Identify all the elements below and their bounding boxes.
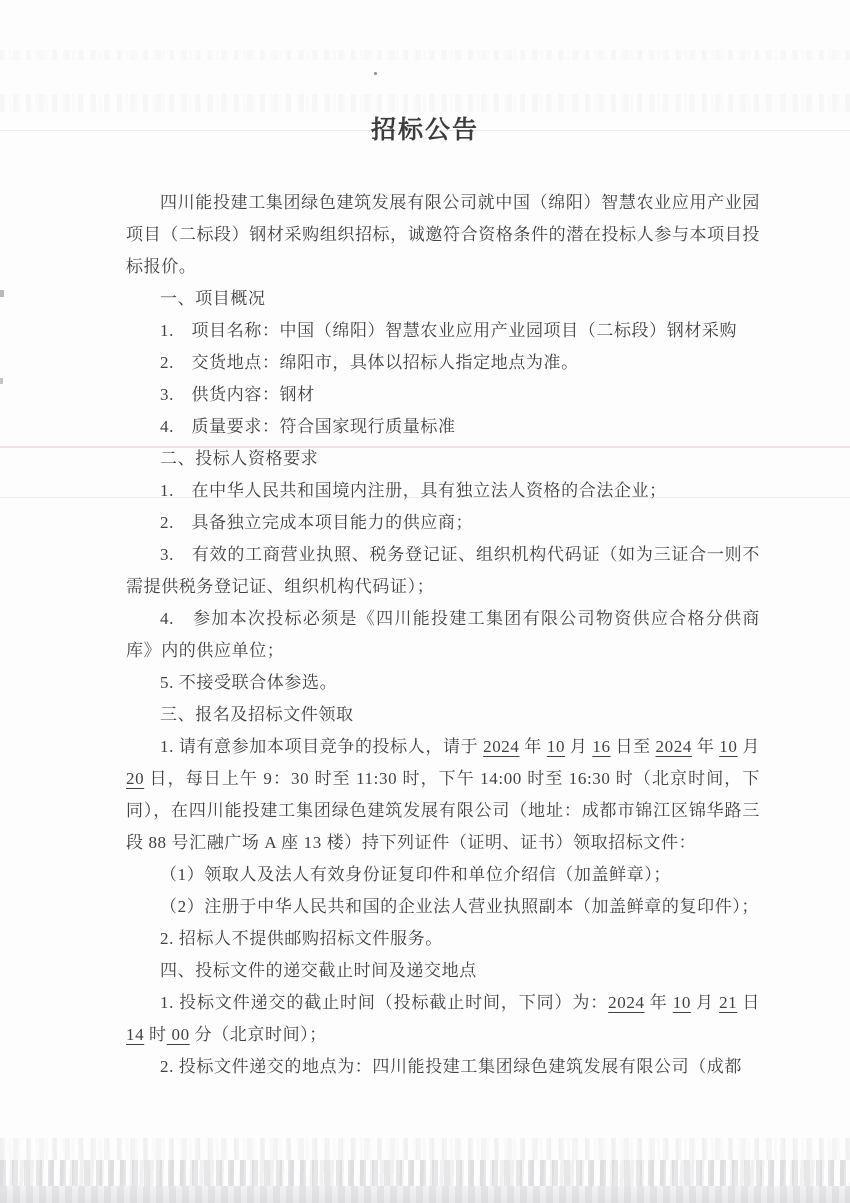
text-segment: 2. 具备独立完成本项目能力的供应商； xyxy=(160,513,473,532)
underlined-value: 2024 xyxy=(656,737,692,756)
text-segment: 日至 xyxy=(611,737,656,756)
text-segment: 时 xyxy=(144,1025,166,1044)
text-segment: 四川能投建工集团绿色建筑发展有限公司就中国（绵阳）智慧农业应用产业园项目（二标段… xyxy=(126,193,760,276)
text-segment: 1. 投标文件递交的截止时间（投标截止时间，下同）为： xyxy=(160,993,608,1012)
paragraph: 3. 有效的工商营业执照、税务登记证、组织机构代码证（如为三证合一则不需提供税务… xyxy=(126,539,760,603)
underlined-value: 10 xyxy=(673,993,691,1012)
text-segment: 3. 有效的工商营业执照、税务登记证、组织机构代码证（如为三证合一则不需提供税务… xyxy=(126,545,760,596)
scan-noise-band-bottom-1 xyxy=(0,1138,850,1160)
text-segment: 年 xyxy=(692,737,719,756)
text-segment: 日，每日上午 9：30 时至 11:30 时，下午 14:00 时至 16:30… xyxy=(126,769,760,852)
document-title: 招标公告 xyxy=(0,110,850,146)
scan-noise-band-bottom-2 xyxy=(0,1160,850,1186)
paragraph: 四川能投建工集团绿色建筑发展有限公司就中国（绵阳）智慧农业应用产业园项目（二标段… xyxy=(126,187,760,283)
paragraph: 3. 供货内容：钢材 xyxy=(126,379,760,411)
underlined-value: 00 xyxy=(167,1025,190,1044)
text-segment: （1）领取人及法人有效身份证复印件和单位介绍信（加盖鲜章）； xyxy=(160,865,671,884)
paragraph: 4. 参加本次投标必须是《四川能投建工集团有限公司物资供应合格分供商库》内的供应… xyxy=(126,603,760,667)
document-body: 四川能投建工集团绿色建筑发展有限公司就中国（绵阳）智慧农业应用产业园项目（二标段… xyxy=(126,187,760,1083)
text-segment: 5. 不接受联合体参选。 xyxy=(160,673,337,692)
scan-edge-speck-2 xyxy=(0,378,3,384)
text-segment: 3. 供货内容：钢材 xyxy=(160,385,315,404)
text-segment: 月 xyxy=(691,993,719,1012)
text-segment: 4. 质量要求：符合国家现行质量标准 xyxy=(160,417,456,436)
text-segment: 二、投标人资格要求 xyxy=(160,449,318,468)
scan-speck-dot xyxy=(374,72,377,75)
underlined-value: 2024 xyxy=(483,737,519,756)
text-segment: 一、项目概况 xyxy=(160,289,266,308)
text-segment: 2. 招标人不提供邮购招标文件服务。 xyxy=(160,929,443,948)
scan-edge-speck-1 xyxy=(0,290,4,297)
underlined-value: 10 xyxy=(547,737,565,756)
paragraph: 1. 请有意参加本项目竞争的投标人，请于 2024 年 10 月 16 日至 2… xyxy=(126,731,760,859)
underlined-value: 16 xyxy=(592,737,610,756)
text-segment: 1. 请有意参加本项目竞争的投标人，请于 xyxy=(160,737,483,756)
underlined-value: 2024 xyxy=(608,993,644,1012)
paragraph: 2. 具备独立完成本项目能力的供应商； xyxy=(126,507,760,539)
paragraph: 4. 质量要求：符合国家现行质量标准 xyxy=(126,411,760,443)
paragraph: 1. 在中华人民共和国境内注册，具有独立法人资格的合法企业； xyxy=(126,475,760,507)
text-segment: 分（北京时间）； xyxy=(190,1025,327,1044)
underlined-value: 21 xyxy=(719,993,737,1012)
underlined-value: 14 xyxy=(126,1025,144,1044)
text-segment: 日 xyxy=(737,993,760,1012)
paragraph: 1. 项目名称：中国（绵阳）智慧农业应用产业园项目（二标段）钢材采购 xyxy=(126,315,760,347)
scan-noise-band-top-1 xyxy=(0,50,850,60)
paragraph: 2. 投标文件递交的地点为：四川能投建工集团绿色建筑发展有限公司（成都 xyxy=(126,1051,760,1083)
text-segment: 2. 投标文件递交的地点为：四川能投建工集团绿色建筑发展有限公司（成都 xyxy=(160,1057,742,1076)
text-segment: 2. 交货地点：绵阳市，具体以招标人指定地点为准。 xyxy=(160,353,579,372)
paragraph: （1）领取人及法人有效身份证复印件和单位介绍信（加盖鲜章）； xyxy=(126,859,760,891)
paragraph: 二、投标人资格要求 xyxy=(126,443,760,475)
text-segment: 年 xyxy=(645,993,673,1012)
text-segment: 月 xyxy=(738,737,760,756)
paragraph: 一、项目概况 xyxy=(126,283,760,315)
paragraph: 2. 招标人不提供邮购招标文件服务。 xyxy=(126,923,760,955)
text-segment: 月 xyxy=(565,737,592,756)
underlined-value: 20 xyxy=(126,769,144,788)
paragraph: 5. 不接受联合体参选。 xyxy=(126,667,760,699)
scan-noise-band-bottom-3 xyxy=(0,1186,850,1203)
paragraph: 四、投标文件的递交截止时间及递交地点 xyxy=(126,955,760,987)
text-segment: 四、投标文件的递交截止时间及递交地点 xyxy=(160,961,477,980)
paragraph: 1. 投标文件递交的截止时间（投标截止时间，下同）为：2024 年 10 月 2… xyxy=(126,987,760,1051)
text-segment: 1. 项目名称：中国（绵阳）智慧农业应用产业园项目（二标段）钢材采购 xyxy=(160,321,737,340)
underlined-value: 10 xyxy=(719,737,737,756)
text-segment: 年 xyxy=(520,737,547,756)
text-segment: 三、报名及招标文件领取 xyxy=(160,705,354,724)
text-segment: （2）注册于中华人民共和国的企业法人营业执照副本（加盖鲜章的复印件）； xyxy=(160,897,759,916)
paragraph: （2）注册于中华人民共和国的企业法人营业执照副本（加盖鲜章的复印件）； xyxy=(126,891,760,923)
paragraph: 三、报名及招标文件领取 xyxy=(126,699,760,731)
paragraph: 2. 交货地点：绵阳市，具体以招标人指定地点为准。 xyxy=(126,347,760,379)
text-segment: 1. 在中华人民共和国境内注册，具有独立法人资格的合法企业； xyxy=(160,481,667,500)
text-segment: 4. 参加本次投标必须是《四川能投建工集团有限公司物资供应合格分供商库》内的供应… xyxy=(126,609,760,660)
scanned-document-page: 招标公告 四川能投建工集团绿色建筑发展有限公司就中国（绵阳）智慧农业应用产业园项… xyxy=(0,0,850,1203)
